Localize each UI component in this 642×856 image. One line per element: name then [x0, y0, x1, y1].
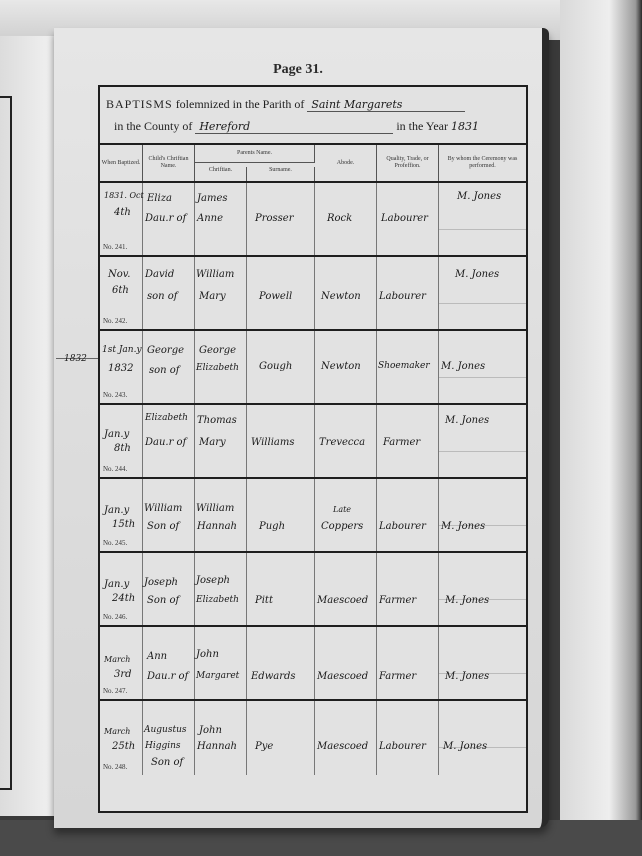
entry-child-name: David: [145, 269, 174, 280]
entry-officiant: M. Jones: [445, 415, 489, 426]
entry-surname: Williams: [251, 437, 294, 448]
title-line-1: BAPTISMS folemnized in the Parith of Sai…: [106, 97, 465, 112]
entry-number: No. 243.: [103, 391, 127, 399]
entry-date: March: [104, 727, 130, 736]
col-christian: Chriftian.: [195, 167, 247, 181]
register-title-block: BAPTISMS folemnized in the Parith of Sai…: [100, 87, 526, 145]
entry-abode: Coppers: [321, 521, 363, 532]
register-page: Page 31. 1832 BAPTISMS folemnized in the…: [54, 28, 549, 828]
register-entry: March25thNo. 248. AugustusHigginsSon of …: [100, 701, 526, 775]
entry-child-relation: son of: [147, 291, 178, 302]
entry-child-surname: Higgins: [145, 741, 181, 751]
entry-child-relation: Dau.r of: [145, 437, 186, 448]
entry-date-day: 6th: [112, 285, 129, 296]
entry-surname: Gough: [259, 361, 292, 372]
county-field: Hereford: [195, 120, 393, 134]
entry-father: John: [196, 649, 219, 660]
entry-child-relation: Son of: [151, 757, 183, 768]
entry-quality: Farmer: [379, 595, 416, 606]
entry-mother: Anne: [197, 213, 223, 224]
entry-quality: Labourer: [379, 291, 426, 302]
entry-child-name: Augustus: [144, 725, 187, 735]
entry-number: No. 242.: [103, 317, 127, 325]
year-field: 1831: [451, 120, 479, 133]
entry-quality: Farmer: [383, 437, 420, 448]
entry-officiant: M. Jones: [457, 191, 501, 202]
entry-father: William: [196, 269, 234, 280]
register-entry: Jan.y24thNo. 246. JosephSon of JosephEli…: [100, 553, 526, 627]
parish-field: Saint Margarets: [307, 98, 465, 112]
entry-mother: Mary: [199, 291, 226, 302]
entry-abode: Newton: [321, 291, 361, 302]
entry-date: March: [104, 655, 130, 664]
entry-date: Jan.y: [104, 429, 129, 440]
entry-date: Jan.y: [104, 505, 129, 516]
register-entry: Jan.y15thNo. 245. WilliamSon of WilliamH…: [100, 479, 526, 553]
margin-year-note: 1832: [64, 354, 87, 364]
entry-date-day: 8th: [114, 443, 131, 454]
entry-mother: Margaret: [196, 671, 239, 681]
entry-quality: Shoemaker: [378, 361, 430, 371]
entry-mother: Hannah: [197, 521, 237, 532]
title-caps: BAPTISMS: [106, 97, 173, 111]
register-entry: 1831. Oct4thNo. 241. ElizaDau.r of James…: [100, 183, 526, 257]
entry-officiant: M. Jones: [445, 671, 489, 682]
col-parents: Parents Name.: [195, 145, 315, 163]
entry-number: No. 248.: [103, 763, 127, 771]
col-by-whom: By whom the Ceremony was performed.: [439, 145, 526, 181]
entry-date: Jan.y: [104, 579, 129, 590]
register-entry: Jan.y8thNo. 244. ElizabethDau.r of Thoma…: [100, 405, 526, 479]
entry-date-day: 24th: [112, 593, 135, 604]
entry-father: Thomas: [197, 415, 237, 426]
background-right: [560, 0, 642, 856]
entry-date: Nov.: [108, 269, 130, 280]
entry-mother: Mary: [199, 437, 226, 448]
entry-number: No. 247.: [103, 687, 127, 695]
entry-number: No. 245.: [103, 539, 127, 547]
entry-father: George: [199, 345, 236, 356]
entry-surname: Pye: [255, 741, 273, 752]
register-entry: 1st Jan.y1832No. 243. Georgeson of Georg…: [100, 331, 526, 405]
entry-date: 1831. Oct: [104, 191, 144, 200]
year-label: in the Year: [396, 119, 448, 133]
entry-abode-prefix: Late: [333, 505, 351, 514]
entry-number: No. 241.: [103, 243, 127, 251]
entry-mother: Elizabeth: [196, 595, 239, 605]
entry-mother: Hannah: [197, 741, 237, 752]
entry-date-day: 4th: [114, 207, 131, 218]
entry-child-relation: Dau.r of: [147, 671, 188, 682]
col-child: Child's Chriftian Name.: [143, 145, 195, 181]
entry-surname: Prosser: [255, 213, 294, 224]
entry-child-name: Joseph: [144, 577, 178, 588]
entry-child-relation: Son of: [147, 595, 179, 606]
entry-child-name: William: [144, 503, 182, 514]
entry-number: No. 246.: [103, 613, 127, 621]
baptism-register-table: BAPTISMS folemnized in the Parith of Sai…: [98, 85, 528, 813]
entry-officiant: M. Jones: [445, 595, 489, 606]
county-label: in the County of: [114, 119, 192, 133]
entry-date-day: 25th: [112, 741, 135, 752]
col-abode: Abode.: [315, 145, 377, 181]
entry-father: John: [199, 725, 222, 736]
entry-father: James: [197, 193, 228, 204]
entry-abode: Rock: [327, 213, 352, 224]
entry-number: No. 244.: [103, 465, 127, 473]
col-when: When Baptized.: [100, 145, 143, 181]
entry-child-relation: Dau.r of: [145, 213, 186, 224]
entry-surname: Edwards: [251, 671, 296, 682]
entry-abode: Maescoed: [317, 595, 368, 606]
entry-abode: Newton: [321, 361, 361, 372]
facing-page-table-edge: [0, 96, 12, 790]
entry-date: 1st Jan.y: [102, 345, 142, 355]
entry-abode: Trevecca: [319, 437, 365, 448]
column-header-row: When Baptized. Child's Chriftian Name. P…: [100, 145, 526, 183]
col-surname: Surname.: [247, 167, 315, 181]
title-text: folemnized in the Parith of: [176, 97, 305, 111]
register-entry: Nov.6thNo. 242. Davidson of WilliamMary …: [100, 257, 526, 331]
entry-child-relation: Son of: [147, 521, 179, 532]
entry-surname: Pitt: [255, 595, 273, 606]
entry-father: Joseph: [196, 575, 230, 586]
register-entry: March3rdNo. 247. AnnDau.r of JohnMargare…: [100, 627, 526, 701]
entry-officiant: M. Jones: [441, 361, 485, 372]
title-line-2: in the County of Hereford in the Year 18…: [114, 119, 479, 134]
entry-date-day: 15th: [112, 519, 135, 530]
entry-date-day: 1832: [108, 363, 133, 374]
entry-mother: Elizabeth: [196, 363, 239, 373]
entry-quality: Farmer: [379, 671, 416, 682]
entry-child-name: Ann: [147, 651, 167, 662]
entry-quality: Labourer: [379, 741, 426, 752]
entry-child-name: George: [147, 345, 184, 356]
entry-abode: Maescoed: [317, 741, 368, 752]
entry-quality: Labourer: [379, 521, 426, 532]
entry-officiant: M. Jones: [455, 269, 499, 280]
entry-child-name: Elizabeth: [145, 413, 188, 423]
entry-child-name: Eliza: [147, 193, 172, 204]
entry-officiant: M. Jones: [443, 741, 487, 752]
entry-officiant: M. Jones: [441, 521, 485, 532]
entry-father: William: [196, 503, 234, 514]
entry-child-relation: son of: [149, 365, 180, 376]
entry-surname: Powell: [259, 291, 292, 302]
page-number: Page 31.: [54, 62, 542, 78]
entry-date-day: 3rd: [114, 669, 132, 680]
entry-quality: Labourer: [381, 213, 428, 224]
entry-abode: Maescoed: [317, 671, 368, 682]
entry-surname: Pugh: [259, 521, 285, 532]
col-quality: Quality, Trade, or Profeffion.: [377, 145, 439, 181]
